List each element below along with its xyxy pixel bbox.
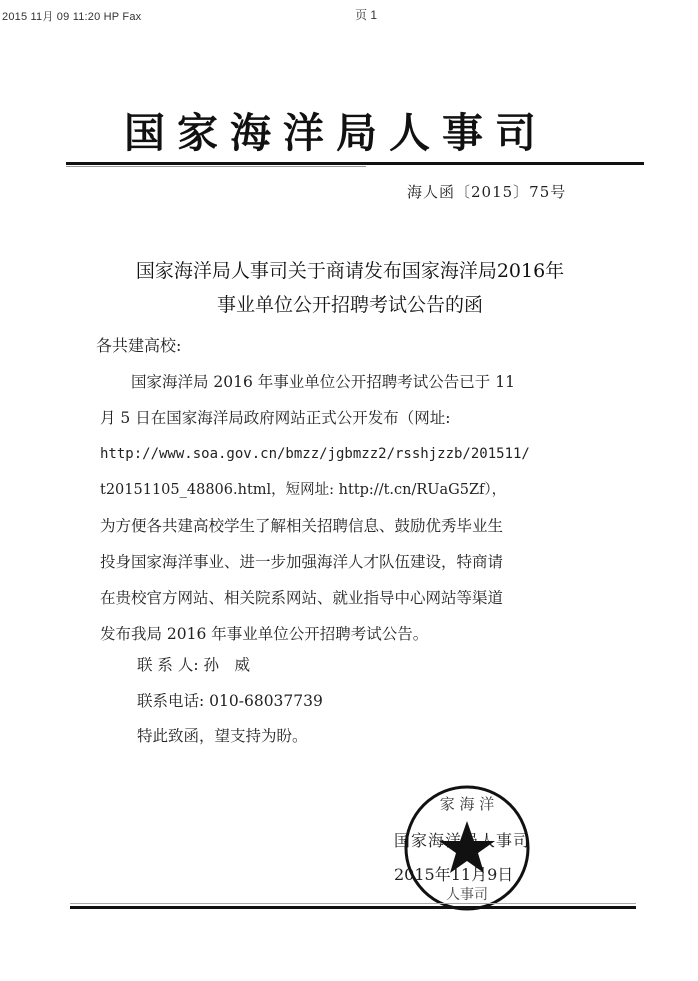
footer-divider-shadow: [70, 903, 636, 904]
document-title-line-1: 国家海洋局人事司关于商请发布国家海洋局2016年: [80, 256, 620, 283]
masthead-divider: [66, 162, 644, 165]
document-title-line-2: 事业单位公开招聘考试公告的函: [80, 290, 620, 317]
closing-remark: 特此致函，望支持为盼。: [137, 724, 308, 746]
body-line: 国家海洋局 2016 年事业单位公开招聘考试公告已于 11: [100, 364, 610, 400]
footer-divider: [70, 906, 636, 909]
masthead-divider-shadow: [66, 166, 366, 167]
body-line: 发布我局 2016 年事业单位公开招聘考试公告。: [100, 616, 610, 652]
masthead-title: 国家海洋局人事司: [124, 100, 574, 159]
salutation: 各共建高校:: [96, 333, 181, 356]
body-line-url: http://www.soa.gov.cn/bmzz/jgbmzz2/rsshj…: [100, 436, 610, 472]
contact-phone: 联系电话: 010-68037739: [137, 689, 323, 711]
document-number: 海人函〔2015〕75号: [407, 181, 566, 202]
body-line-url: t20151105_48806.html，短网址: http://t.cn/RU…: [100, 472, 610, 508]
body-paragraph: 国家海洋局 2016 年事业单位公开招聘考试公告已于 11 月 5 日在国家海洋…: [100, 364, 610, 652]
body-line: 投身国家海洋事业、进一步加强海洋人才队伍建设，特商请: [100, 544, 610, 580]
fax-page-number: 页 1: [355, 6, 377, 23]
body-line: 为方便各共建高校学生了解相关招聘信息、鼓励优秀毕业生: [100, 508, 610, 544]
official-seal-icon: 家 海 洋 人事司: [402, 783, 532, 913]
body-line: 月 5 日在国家海洋局政府网站正式公开发布（网址:: [100, 400, 610, 436]
fax-header-timestamp: 2015 11月 09 11:20 HP Fax: [2, 8, 141, 24]
contact-person: 联 系 人: 孙 威: [137, 653, 250, 675]
body-line: 在贵校官方网站、相关院系网站、就业指导中心网站等渠道: [100, 580, 610, 616]
seal-bottom-text: 人事司: [446, 886, 488, 903]
seal-top-text: 家 海 洋: [440, 795, 495, 813]
